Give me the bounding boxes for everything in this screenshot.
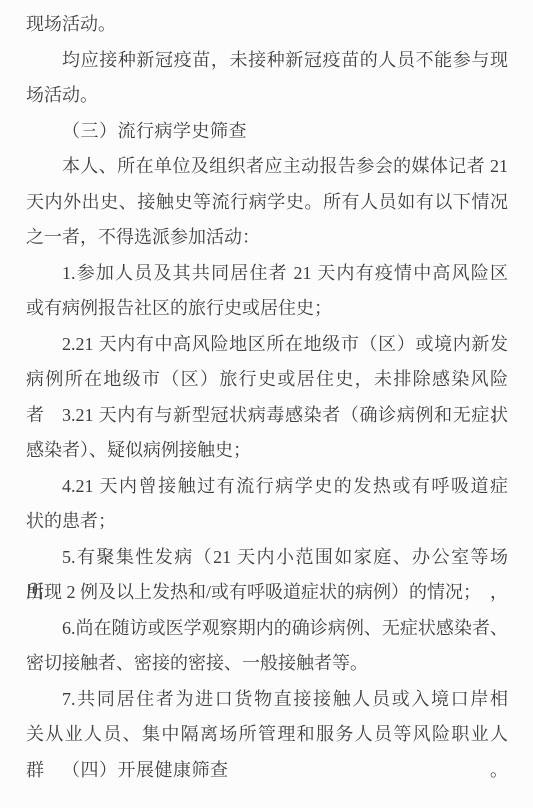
document-text-line: 5.有聚集性发病（21 天内小范围如家庭、办公室等场所， bbox=[26, 540, 508, 576]
section-heading: （三）流行病学史筛查 bbox=[26, 114, 508, 150]
document-text-line: 本人、所在单位及组织者应主动报告参会的媒体记者 21 bbox=[26, 149, 508, 185]
document-text-line: 均应接种新冠疫苗，未接种新冠疫苗的人员不能参与现 bbox=[26, 43, 508, 79]
document-text-line: 出现 2 例及以上发热和/或有呼吸道症状的病例）的情况； bbox=[26, 575, 508, 611]
document-text-line: 感染者）、疑似病例接触史； bbox=[26, 433, 508, 469]
document-text-line: 2.21 天内有中高风险地区所在地级市（区）或境内新发 bbox=[26, 327, 508, 363]
document-text-line: 关从业人员、集中隔离场所管理和服务人员等风险职业人群。 bbox=[26, 717, 508, 753]
document-text-line: 场活动。 bbox=[26, 78, 508, 114]
document-text-line: 天内外出史、接触史等流行病学史。所有人员如有以下情况 bbox=[26, 185, 508, 221]
document-text-line: 现场活动。 bbox=[26, 7, 508, 43]
document-text-line: 3.21 天内有与新型冠状病毒感染者（确诊病例和无症状 bbox=[26, 398, 508, 434]
document-page: 现场活动。均应接种新冠疫苗，未接种新冠疫苗的人员不能参与现场活动。（三）流行病学… bbox=[0, 0, 533, 808]
document-text-line: 密切接触者、密接的密接、一般接触者等。 bbox=[26, 646, 508, 682]
document-text-line: 1.参加人员及其共同居住者 21 天内有疫情中高风险区 bbox=[26, 256, 508, 292]
document-text-line: 7.共同居住者为进口货物直接接触人员或入境口岸相 bbox=[26, 682, 508, 718]
document-text-line: 状的患者； bbox=[26, 504, 508, 540]
document-text-line: 之一者，不得选派参加活动： bbox=[26, 220, 508, 256]
document-text-line: 病例所在地级市（区）旅行史或居住史，未排除感染风险者； bbox=[26, 362, 508, 398]
document-text-line: 4.21 天内曾接触过有流行病学史的发热或有呼吸道症 bbox=[26, 469, 508, 505]
document-text-line: 或有病例报告社区的旅行史或居住史； bbox=[26, 291, 508, 327]
document-text-line: 6.尚在随访或医学观察期内的确诊病例、无症状感染者、 bbox=[26, 611, 508, 647]
